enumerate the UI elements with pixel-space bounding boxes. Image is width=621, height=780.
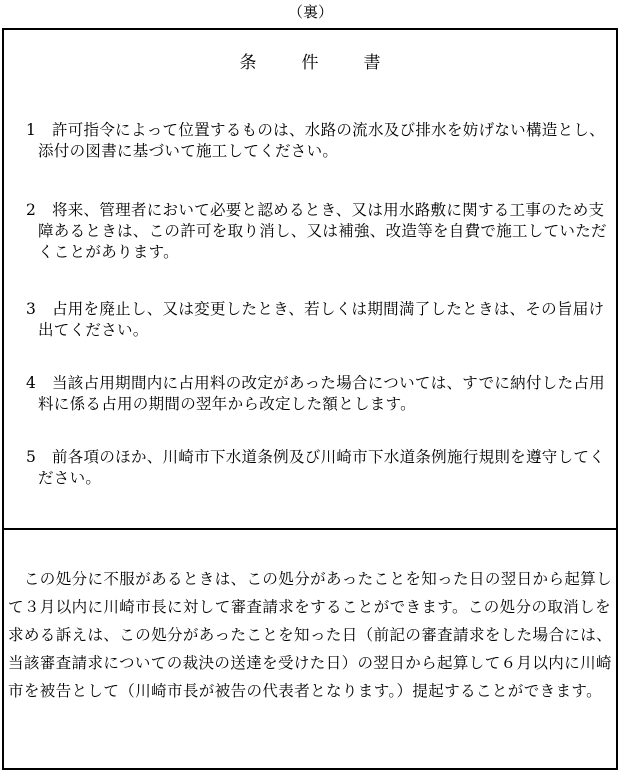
condition-line: 5 前各項のほか、川崎市下水道条例及び川崎市下水道条例施行規則を遵守してく [4, 447, 616, 468]
appeal-line: 当該審査請求についての裁決の送達を受けた日）の翌日から起算して６月以内に川崎 [8, 649, 612, 677]
appeal-line: 求める訴えは、この処分があったことを知った日（前記の審査請求をした場合には、 [8, 621, 612, 649]
condition-line: 4 当該占用期間内に占用料の改定があった場合については、すでに納付した占用 [4, 373, 616, 394]
page-side-label: （裏） [0, 2, 621, 22]
condition-line: ださい。 [4, 468, 616, 489]
condition-line: 出てください。 [4, 320, 616, 341]
condition-item-4: 4 当該占用期間内に占用料の改定があった場合については、すでに納付した占用 料に… [4, 373, 616, 415]
condition-line: くことがあります。 [4, 242, 616, 263]
condition-item-3: 3 占用を廃止し、又は変更したとき、若しくは期間満了したときは、その旨届け 出て… [4, 299, 616, 341]
conditions-section: 条 件 書 1 許可指令によって位置するものは、水路の流水及び排水を妨げない構造… [4, 30, 616, 530]
appeal-line: て３月以内に川崎市長に対して審査請求をすることができます。この処分の取消しを [8, 593, 612, 621]
condition-line: 3 占用を廃止し、又は変更したとき、若しくは期間満了したときは、その旨届け [4, 299, 616, 320]
condition-item-5: 5 前各項のほか、川崎市下水道条例及び川崎市下水道条例施行規則を遵守してく ださ… [4, 447, 616, 489]
appeal-line: この処分に不服があるときは、この処分があったことを知った日の翌日から起算し [8, 565, 612, 593]
condition-line: 1 許可指令によって位置するものは、水路の流水及び排水を妨げない構造とし、 [4, 120, 616, 141]
condition-line: 添付の図書に基づいて施工してください。 [4, 141, 616, 162]
condition-item-1: 1 許可指令によって位置するものは、水路の流水及び排水を妨げない構造とし、 添付… [4, 120, 616, 162]
condition-item-2: 2 将来、管理者において必要と認めるとき、又は用水路敷に関する工事のため支 障あ… [4, 200, 616, 263]
document-box: 条 件 書 1 許可指令によって位置するものは、水路の流水及び排水を妨げない構造… [2, 28, 618, 770]
appeal-line: 市を被告として（川崎市長が被告の代表者となります。）提起することができます。 [8, 677, 612, 705]
condition-line: 料に係る占用の期間の翌年から改定した額とします。 [4, 394, 616, 415]
condition-line: 2 将来、管理者において必要と認めるとき、又は用水路敷に関する工事のため支 [4, 200, 616, 221]
appeal-section: この処分に不服があるときは、この処分があったことを知った日の翌日から起算し て３… [4, 530, 616, 705]
condition-line: 障あるときは、この許可を取り消し、又は補強、改造等を自費で施工していただ [4, 221, 616, 242]
appeal-paragraph: この処分に不服があるときは、この処分があったことを知った日の翌日から起算し て３… [8, 565, 612, 705]
document-title: 条 件 書 [4, 50, 616, 76]
